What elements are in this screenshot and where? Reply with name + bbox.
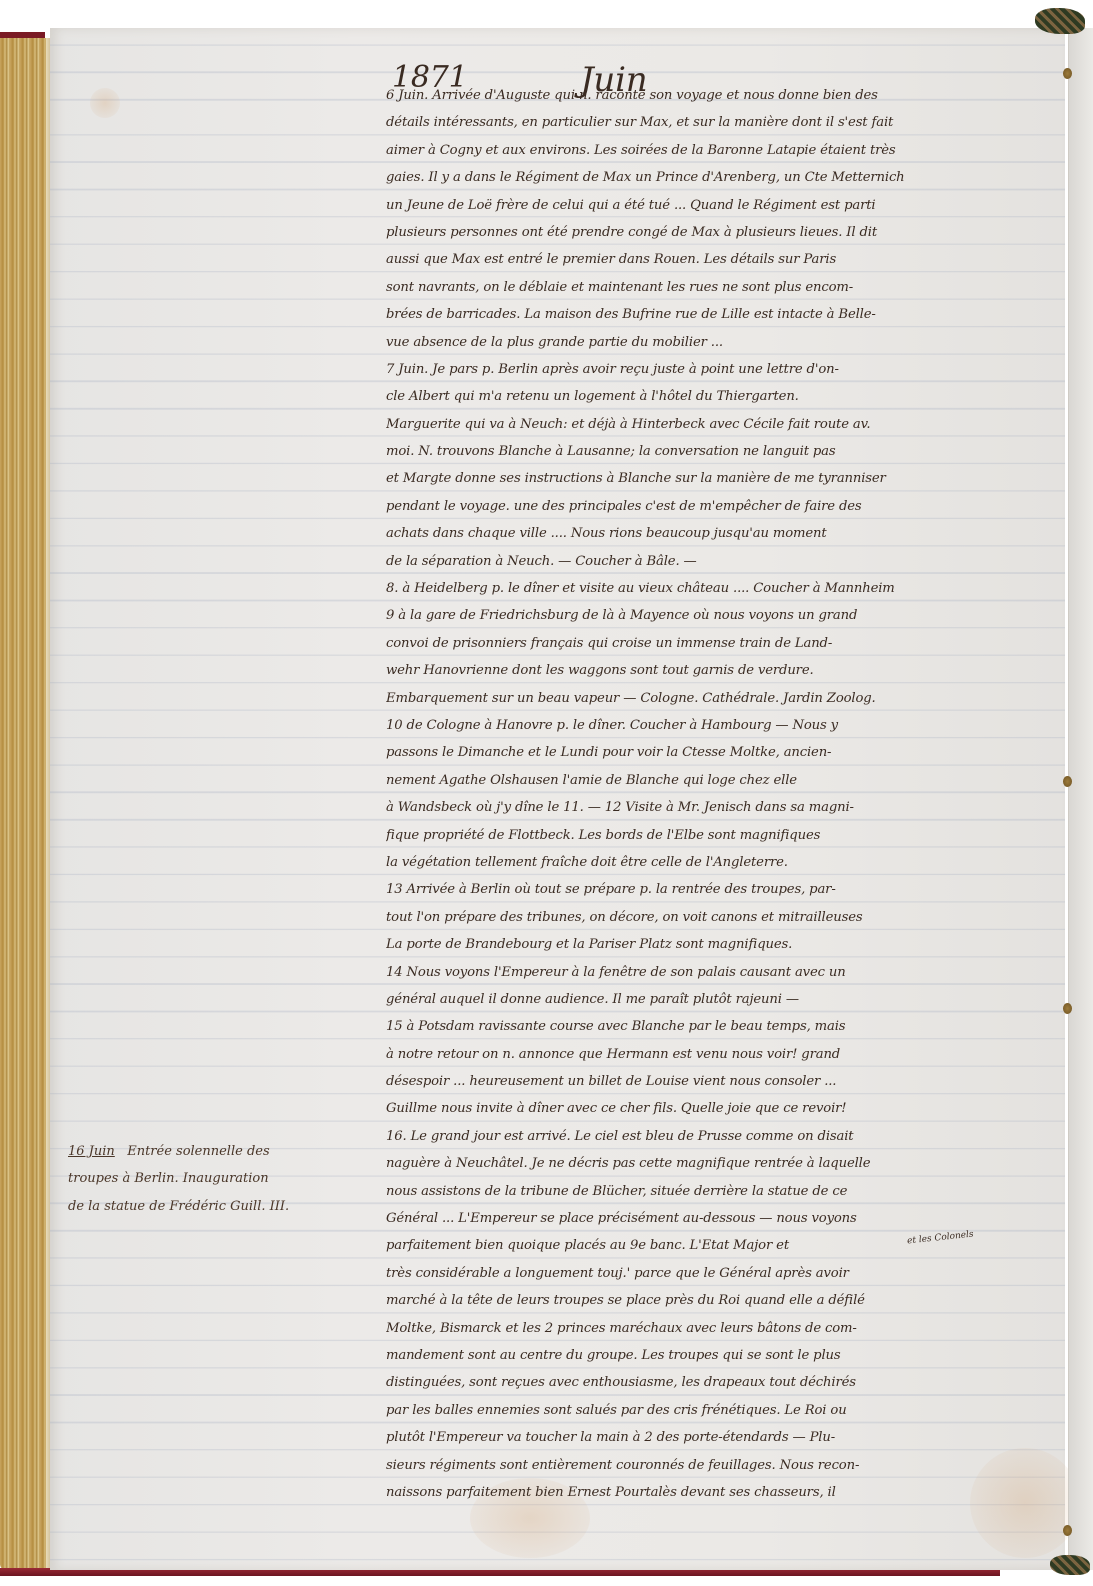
entry-line: pendant le voyage. une des principales c… <box>386 493 1046 520</box>
corner-binding-damage <box>1035 8 1085 34</box>
entry-line: très considérable a longuement touj.' pa… <box>386 1260 1046 1287</box>
entry-line: gaies. Il y a dans le Régiment de Max un… <box>386 164 1046 191</box>
entry-line: 15 à Potsdam ravissante course avec Blan… <box>386 1013 1046 1040</box>
entry-line: moi. N. trouvons Blanche à Lausanne; la … <box>386 438 1046 465</box>
binding-hole <box>1063 1525 1072 1536</box>
entry-line: achats dans chaque ville .... Nous rions… <box>386 520 1046 547</box>
margin-note-line: Entrée solennelle des <box>127 1144 269 1159</box>
entry-line: 14 Nous voyons l'Empereur à la fenêtre d… <box>386 959 1046 986</box>
entry-line: 7 Juin. Je pars p. Berlin après avoir re… <box>386 356 1046 383</box>
entry-line: wehr Hanovrienne dont les waggons sont t… <box>386 657 1046 684</box>
entry-line: distinguées, sont reçues avec enthousias… <box>386 1369 1046 1396</box>
entry-line: et Margte donne ses instructions à Blanc… <box>386 465 1046 492</box>
entry-line: vue absence de la plus grande partie du … <box>386 329 1046 356</box>
entry-line: fique propriété de Flottbeck. Les bords … <box>386 822 1046 849</box>
entry-line: plutôt l'Empereur va toucher la main à 2… <box>386 1424 1046 1451</box>
entry-line: aussi que Max est entré le premier dans … <box>386 246 1046 273</box>
entry-line: nous assistons de la tribune de Blücher,… <box>386 1178 1046 1205</box>
margin-note-line: de la statue de Frédéric Guill. III. <box>68 1193 368 1220</box>
entry-line: mandement sont au centre du groupe. Les … <box>386 1342 1046 1369</box>
entry-line: détails intéressants, en particulier sur… <box>386 109 1046 136</box>
entry-line: de la séparation à Neuch. — Coucher à Bâ… <box>386 548 1046 575</box>
margin-note-line: troupes à Berlin. Inauguration <box>68 1165 368 1192</box>
entry-line: naissons parfaitement bien Ernest Pourta… <box>386 1479 1046 1506</box>
binding-hole <box>1063 776 1072 787</box>
entry-line: Moltke, Bismarck et les 2 princes maréch… <box>386 1315 1046 1342</box>
entry-line: passons le Dimanche et le Lundi pour voi… <box>386 739 1046 766</box>
entry-line: la végétation tellement fraîche doit êtr… <box>386 849 1046 876</box>
journal-entries: 6 Juin. Arrivée d'Auguste qui n. raconte… <box>386 82 1046 1506</box>
ledger-book: 1871 Juin 6 Juin. Arrivée d'Auguste qui … <box>0 0 1093 1586</box>
entry-line: 10 de Cologne à Hanovre p. le dîner. Cou… <box>386 712 1046 739</box>
entry-line: par les balles ennemies sont salués par … <box>386 1397 1046 1424</box>
entry-line: général auquel il donne audience. Il me … <box>386 986 1046 1013</box>
entry-line: La porte de Brandebourg et la Pariser Pl… <box>386 931 1046 958</box>
entry-line: sieurs régiments sont entièrement couron… <box>386 1452 1046 1479</box>
margin-note: 16 Juin Entrée solennelle des troupes à … <box>68 1138 368 1220</box>
entry-line: naguère à Neuchâtel. Je ne décris pas ce… <box>386 1150 1046 1177</box>
entry-line: Général ... L'Empereur se place précisém… <box>386 1205 1046 1232</box>
foxing-stain <box>90 88 120 118</box>
entry-line: tout l'on prépare des tribunes, on décor… <box>386 904 1046 931</box>
entry-line: brées de barricades. La maison des Bufri… <box>386 301 1046 328</box>
entry-line: à Wandsbeck où j'y dîne le 11. — 12 Visi… <box>386 794 1046 821</box>
entry-line: Embarquement sur un beau vapeur — Cologn… <box>386 685 1046 712</box>
entry-line: cle Albert qui m'a retenu un logement à … <box>386 383 1046 410</box>
entry-line: marché à la tête de leurs troupes se pla… <box>386 1287 1046 1314</box>
entry-line: un Jeune de Loë frère de celui qui a été… <box>386 192 1046 219</box>
gilded-page-edges <box>0 38 46 1570</box>
entry-line: nement Agathe Olshausen l'amie de Blanch… <box>386 767 1046 794</box>
entry-line: 8. à Heidelberg p. le dîner et visite au… <box>386 575 1046 602</box>
entry-line: 6 Juin. Arrivée d'Auguste qui n. raconte… <box>386 82 1046 109</box>
entry-line: Marguerite qui va à Neuch: et déjà à Hin… <box>386 411 1046 438</box>
entry-line: à notre retour on n. annonce que Hermann… <box>386 1041 1046 1068</box>
entry-line: sont navrants, on le déblaie et maintena… <box>386 274 1046 301</box>
entry-line: aimer à Cogny et aux environs. Les soiré… <box>386 137 1046 164</box>
page-fold-stub <box>1068 28 1093 1570</box>
entry-line: convoi de prisonniers français qui crois… <box>386 630 1046 657</box>
binding-hole <box>1063 1003 1072 1014</box>
margin-note-date: 16 Juin <box>68 1144 115 1159</box>
entry-line: Guillme nous invite à dîner avec ce cher… <box>386 1095 1046 1122</box>
corner-binding-damage <box>1050 1555 1090 1575</box>
binding-hole <box>1063 68 1072 79</box>
entry-line: plusieurs personnes ont été prendre cong… <box>386 219 1046 246</box>
entry-line: 13 Arrivée à Berlin où tout se prépare p… <box>386 876 1046 903</box>
entry-line: désespoir ... heureusement un billet de … <box>386 1068 1046 1095</box>
entry-line: 9 à la gare de Friedrichsburg de là à Ma… <box>386 602 1046 629</box>
entry-line: 16. Le grand jour est arrivé. Le ciel es… <box>386 1123 1046 1150</box>
